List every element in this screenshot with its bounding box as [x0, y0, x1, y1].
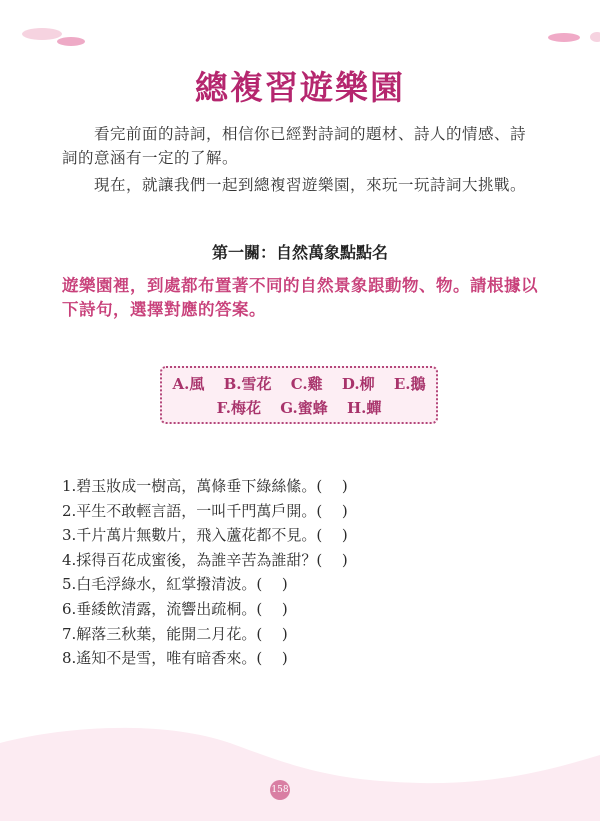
question-4: 4.採得百花成蜜後，為誰辛苦為誰甜？( )	[62, 548, 482, 573]
cloud-decoration	[590, 32, 600, 42]
question-1: 1.碧玉妝成一樹高，萬條垂下綠絲絛。( )	[62, 474, 482, 499]
question-8: 8.遙知不是雪，唯有暗香來。( )	[62, 646, 482, 671]
instruction-text: 遊樂園裡，到處都布置著不同的自然景象跟動物、物。請根據以下詩句，選擇對應的答案。	[62, 274, 540, 322]
option-g: G.蜜蜂	[280, 399, 328, 417]
option-d: D.柳	[342, 375, 375, 393]
bottom-wave-decoration	[0, 691, 600, 821]
question-list: 1.碧玉妝成一樹高，萬條垂下綠絲絛。( ) 2.平生不敢輕言語，一叫千門萬戶開。…	[62, 474, 482, 671]
question-6: 6.垂緌飲清露，流響出疏桐。( )	[62, 597, 482, 622]
question-3: 3.千片萬片無數片，飛入蘆花都不見。( )	[62, 523, 482, 548]
intro-paragraph-1: 看完前面的詩詞，相信你已經對詩詞的題材、詩人的情感、詩詞的意涵有一定的了解。	[62, 122, 540, 170]
intro-paragraph-2: 現在，就讓我們一起到總複習遊樂園，來玩一玩詩詞大挑戰。	[62, 173, 540, 197]
option-c: C.雞	[291, 375, 323, 393]
question-2: 2.平生不敢輕言語，一叫千門萬戶開。( )	[62, 499, 482, 524]
cloud-decoration	[57, 37, 85, 46]
question-7: 7.解落三秋葉，能開二月花。( )	[62, 622, 482, 647]
option-a: A.風	[173, 375, 205, 393]
page-title: 總複習遊樂園	[0, 62, 600, 109]
option-f: F.梅花	[217, 399, 261, 417]
option-e: E.鵝	[394, 375, 426, 393]
option-h: H.蟬	[347, 399, 381, 417]
question-5: 5.白毛浮綠水，紅掌撥清波。( )	[62, 572, 482, 597]
option-b: B.雪花	[224, 375, 272, 393]
stage-title: 第一關：自然萬象點點名	[0, 240, 600, 263]
cloud-decoration	[548, 33, 580, 42]
page-number-badge: 158	[270, 780, 290, 800]
cloud-decoration	[22, 28, 62, 40]
answer-options-box: A.風 B.雪花 C.雞 D.柳 E.鵝 F.梅花 G.蜜蜂 H.蟬	[160, 366, 438, 424]
